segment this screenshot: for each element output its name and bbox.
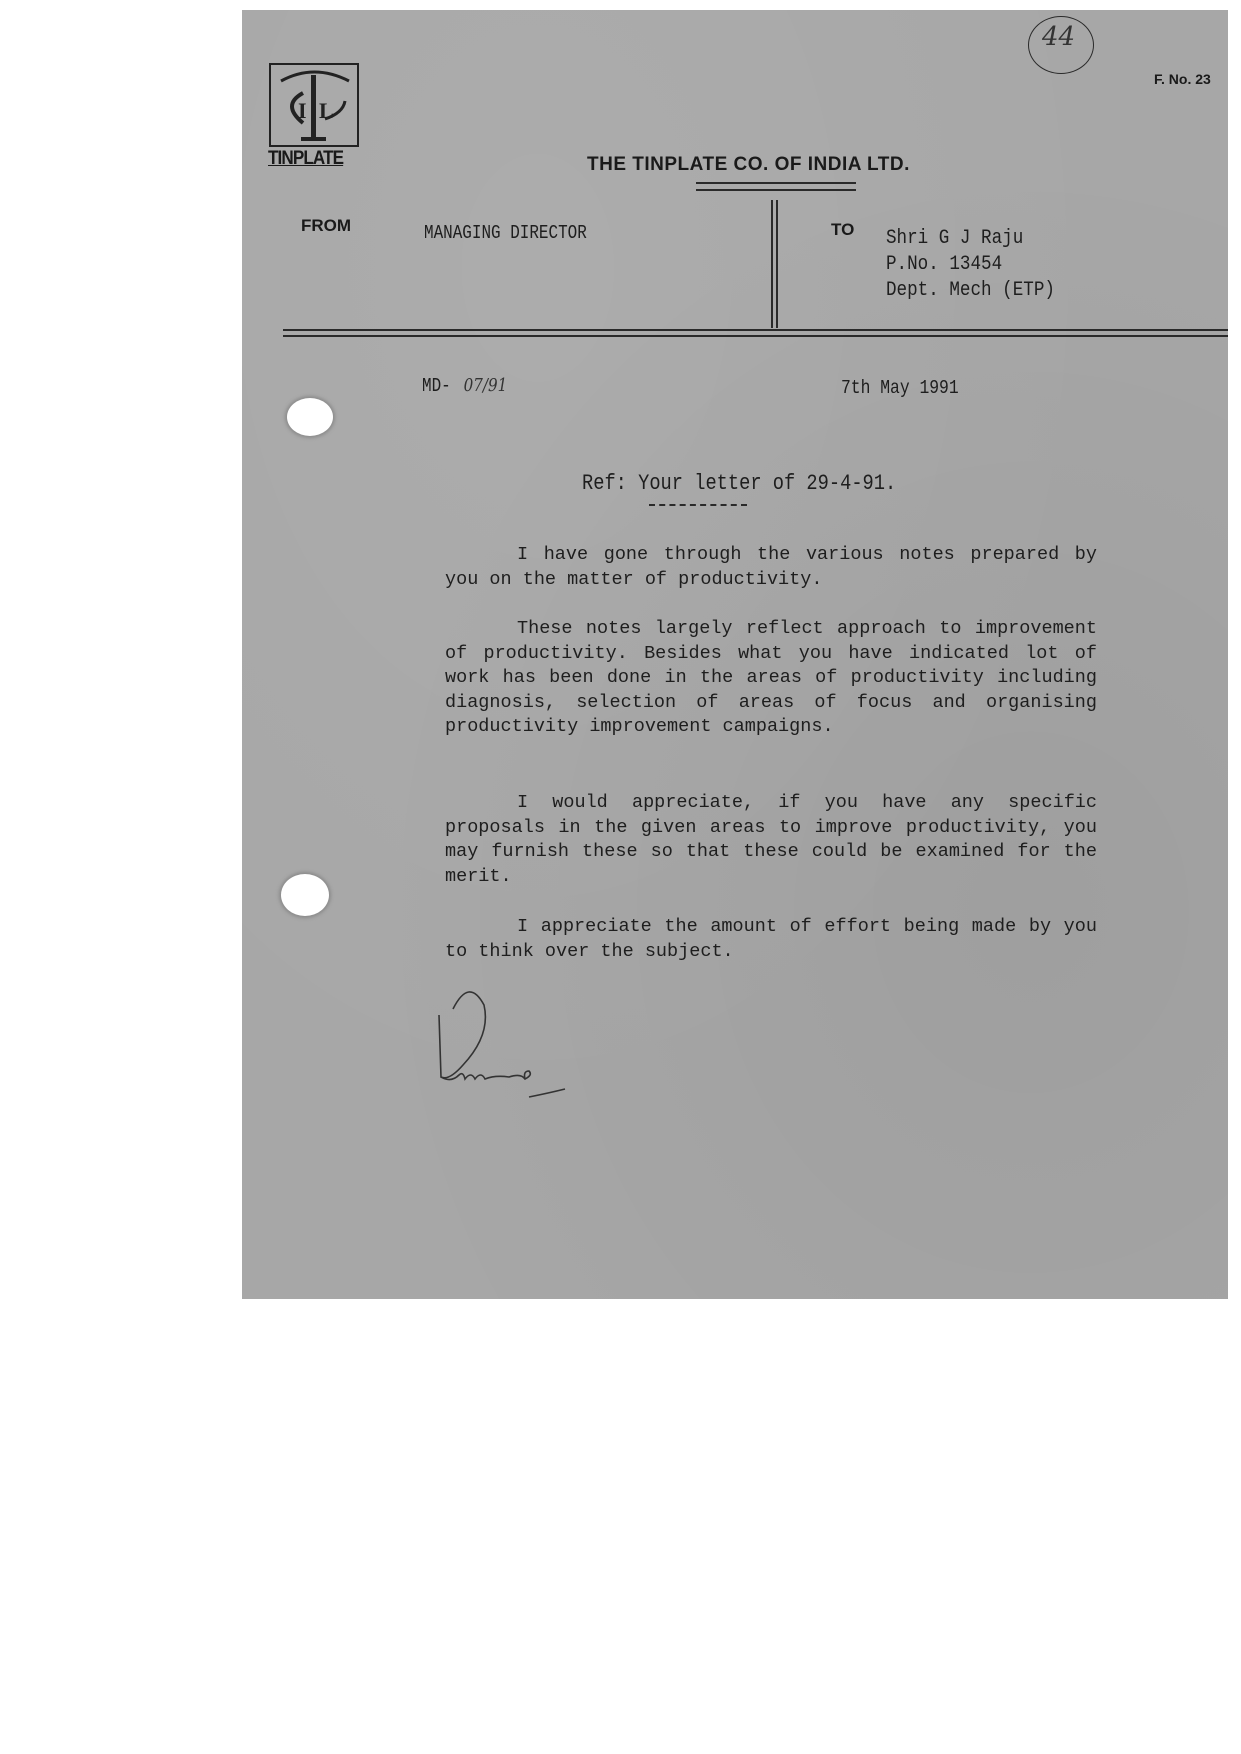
svg-text:L: L bbox=[319, 98, 334, 123]
reference-number: MD- 07/91 bbox=[422, 375, 507, 397]
signature-icon bbox=[429, 975, 609, 1105]
subject-underline bbox=[649, 504, 747, 506]
header-bottom-rule-2 bbox=[283, 335, 1228, 337]
recipient-name: Shri G J Raju bbox=[886, 226, 1055, 252]
body-paragraph-3: I would appreciate, if you have any spec… bbox=[445, 791, 1097, 889]
from-value: MANAGING DIRECTOR bbox=[424, 222, 587, 244]
recipient-personnel-number: P.No. 13454 bbox=[886, 252, 1055, 278]
to-label: TO bbox=[831, 220, 854, 240]
tcil-monogram-icon: I L bbox=[271, 65, 357, 145]
logo-caption: TINPLATE bbox=[268, 148, 343, 170]
from-label: FROM bbox=[301, 216, 351, 236]
svg-text:I: I bbox=[298, 98, 307, 123]
scanned-memo-page: 44 F. No. 23 I L TINPLATE THE TINPLATE C… bbox=[242, 10, 1228, 1299]
company-name: THE TINPLATE CO. OF INDIA LTD. bbox=[587, 154, 910, 176]
recipient-department: Dept. Mech (ETP) bbox=[886, 278, 1055, 304]
body-paragraph-2: These notes largely reflect approach to … bbox=[445, 617, 1097, 740]
file-annotation-number: 44 bbox=[1042, 22, 1075, 52]
subject-line: Ref: Your letter of 29-4-91. bbox=[582, 471, 896, 496]
memo-date: 7th May 1991 bbox=[841, 377, 959, 399]
reference-prefix: MD- bbox=[422, 375, 451, 397]
punch-hole-top bbox=[287, 398, 333, 436]
punch-hole-bottom bbox=[281, 874, 329, 916]
company-underline-1 bbox=[696, 182, 856, 184]
company-logo: I L bbox=[269, 63, 359, 147]
file-number: F. No. 23 bbox=[1154, 71, 1211, 87]
company-underline-2 bbox=[696, 189, 856, 191]
body-paragraph-4: I appreciate the amount of effort being … bbox=[445, 915, 1097, 964]
recipient-address: Shri G J Raju P.No. 13454 Dept. Mech (ET… bbox=[886, 226, 1055, 304]
body-paragraph-1: I have gone through the various notes pr… bbox=[445, 543, 1097, 592]
reference-handwritten: 07/91 bbox=[464, 375, 508, 396]
header-bottom-rule-1 bbox=[283, 329, 1228, 331]
header-vertical-divider-2 bbox=[776, 200, 778, 328]
header-vertical-divider-1 bbox=[771, 200, 773, 328]
